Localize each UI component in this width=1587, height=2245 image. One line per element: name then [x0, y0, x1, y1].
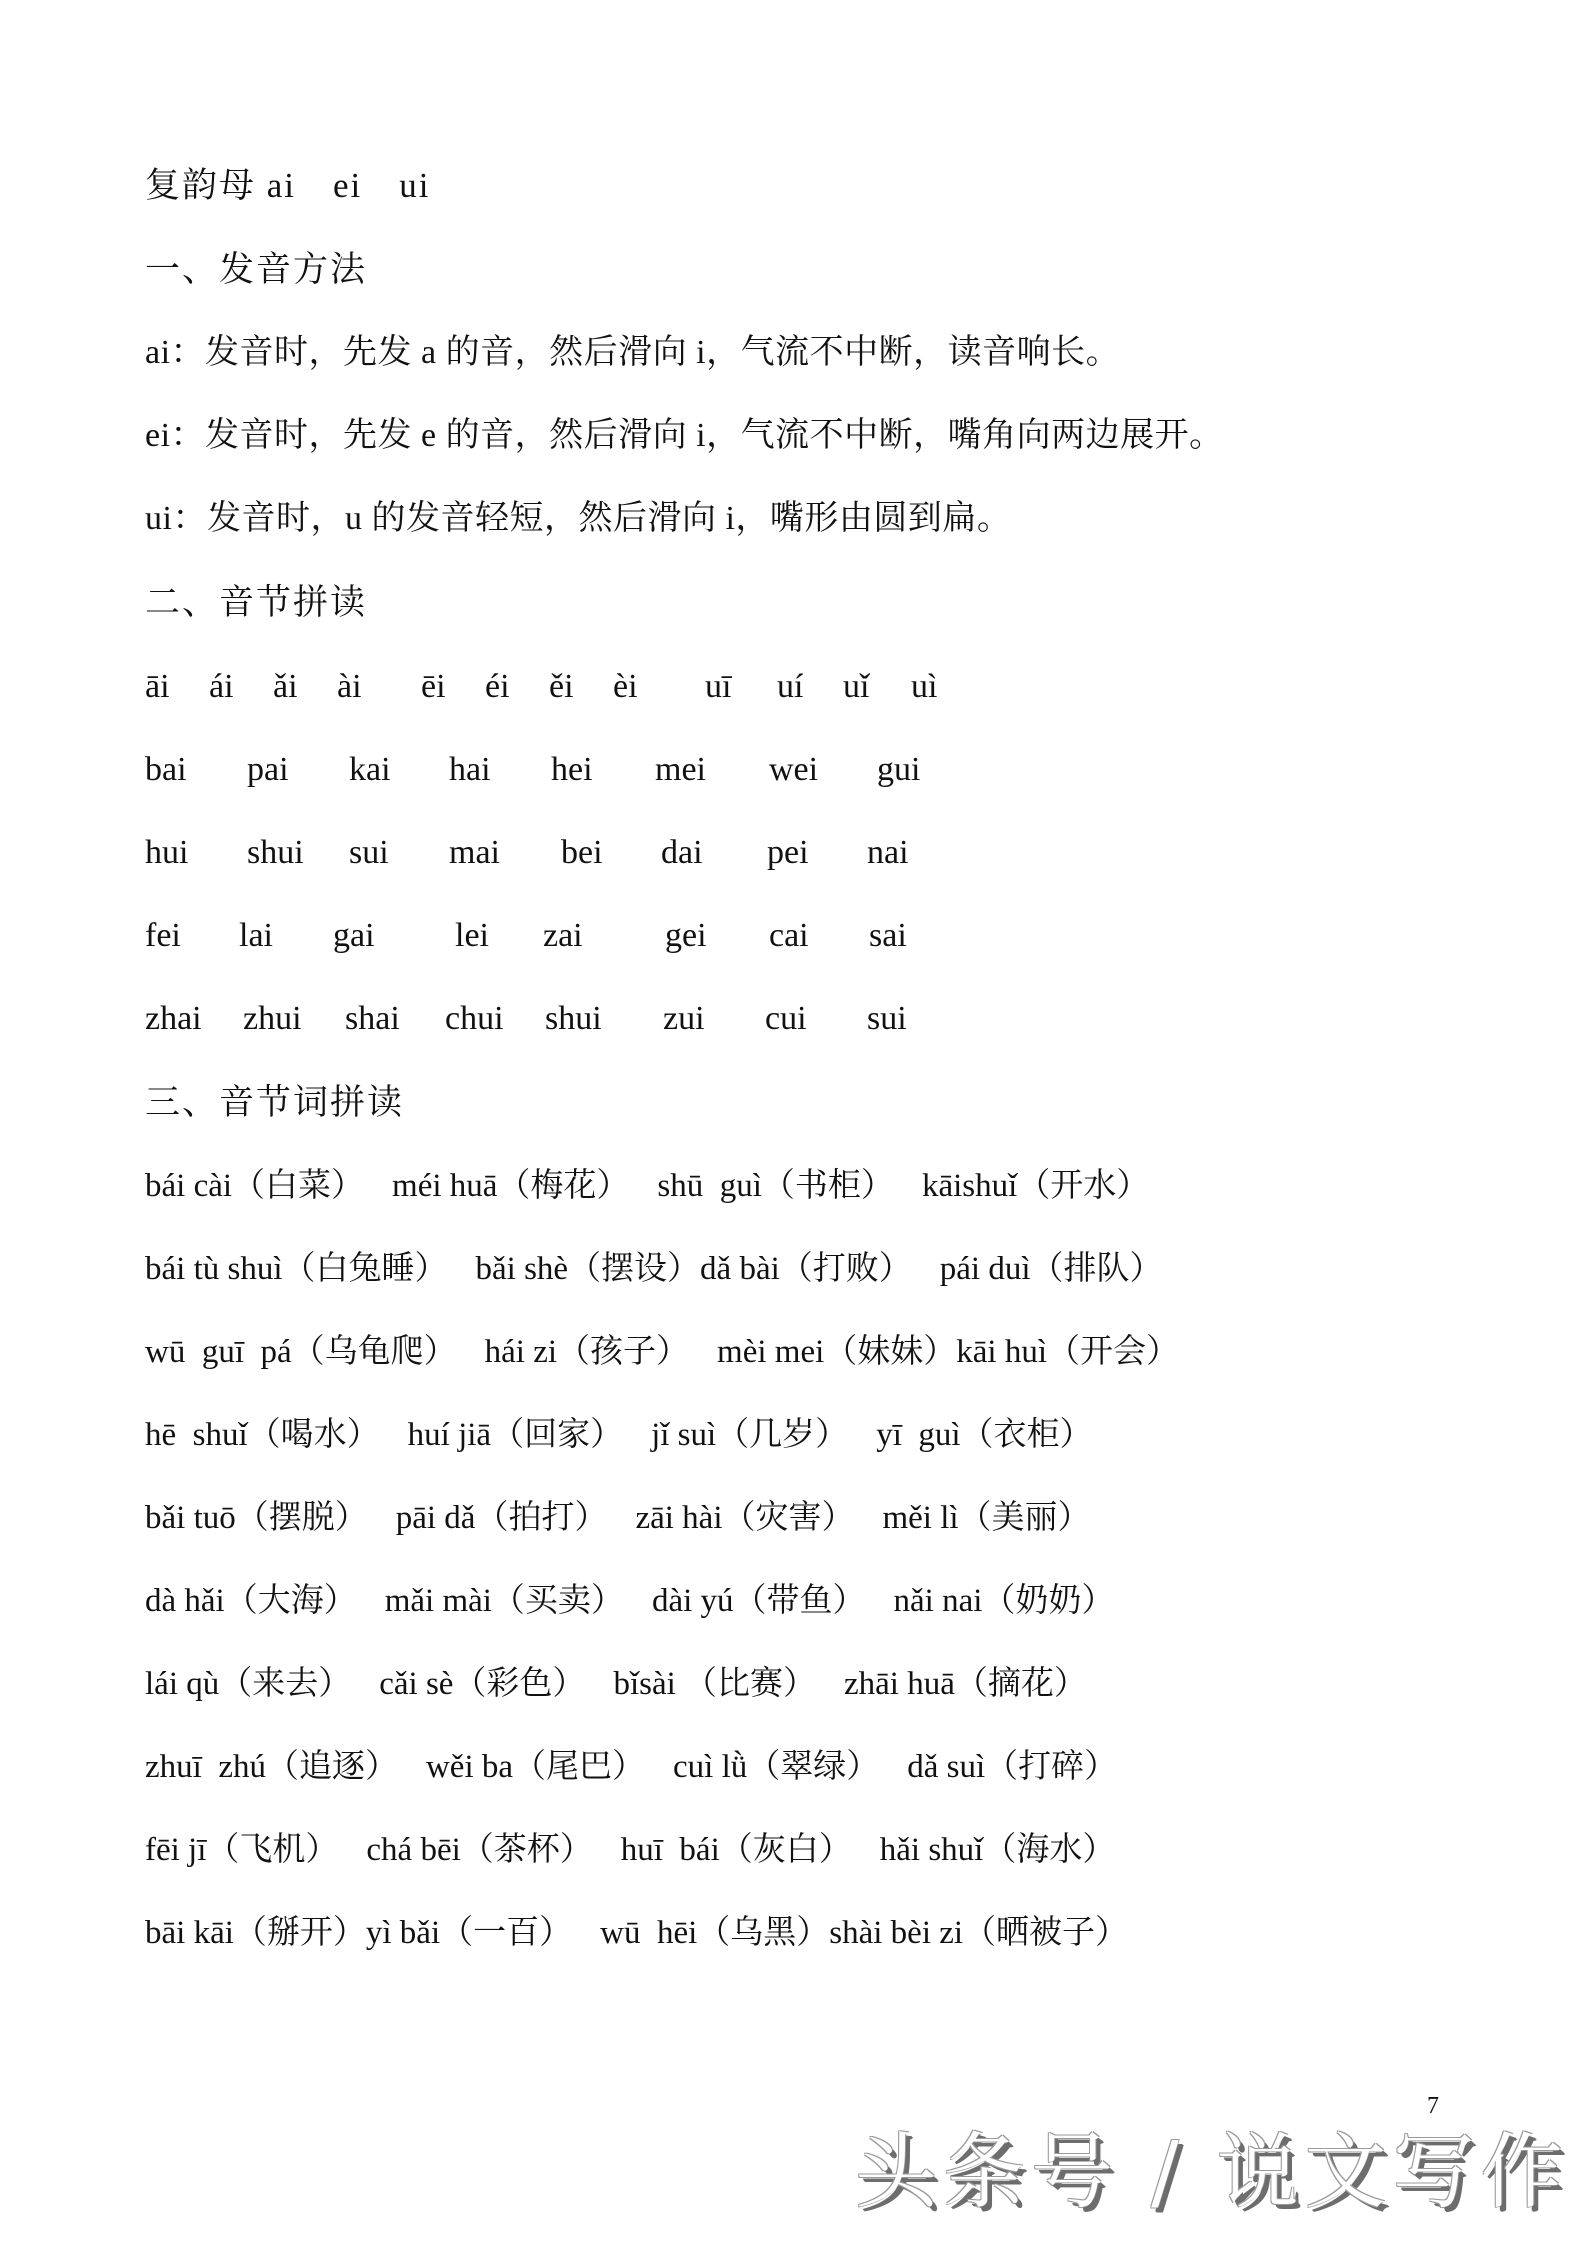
syllable: zui [663, 999, 705, 1039]
syllable: zhui [243, 999, 302, 1039]
tone-syllable: èi [613, 667, 638, 707]
syllable: kai [349, 750, 391, 790]
pronunciation-ei: ei：发音时，先发 e 的音，然后滑向 i，气流不中断，嘴角向两边展开。 [145, 416, 1224, 456]
syllable: pai [247, 750, 289, 790]
tone-syllable: ǎi [273, 667, 298, 707]
word-item: mèi mei（妹妹）kāi huì（开会） [717, 1334, 1179, 1370]
word-line: zhuī zhú（追逐）wěi ba（尾巴）cuì lǜ（翠绿）dǎ suì（打… [145, 1747, 1145, 1787]
word-item: lái qù（来去） [145, 1666, 351, 1702]
word-item: wěi ba（尾巴） [426, 1749, 645, 1785]
word-item: méi huā（梅花） [392, 1168, 629, 1204]
word-item: shū guì（书柜） [657, 1168, 894, 1204]
word-line: dà hǎi（大海）mǎi mài（买卖）dài yú（带鱼）nǎi nai（奶… [145, 1581, 1142, 1621]
word-item: hái zi（孩子） [485, 1334, 689, 1370]
word-item: jǐ suì（几岁） [651, 1417, 848, 1453]
syllable: mai [449, 833, 500, 873]
syllable: sui [867, 999, 907, 1039]
word-item: dà hǎi（大海） [145, 1583, 357, 1619]
word-item: dǎ suì（打碎） [907, 1749, 1117, 1785]
syllable: sai [869, 916, 907, 956]
word-item: bǎi tuō（摆脱） [145, 1500, 368, 1536]
syllable: hui [145, 833, 188, 873]
syllable: lei [455, 916, 489, 956]
word-item: yī guì（衣柜） [876, 1417, 1092, 1453]
word-item: bái cài（白菜） [145, 1168, 364, 1204]
word-item: nǎi nai（奶奶） [894, 1583, 1115, 1619]
syllable: shui [247, 833, 304, 873]
tone-syllable: ài [337, 667, 362, 707]
syllable: bei [561, 833, 603, 873]
word-item: bǐsài （比赛） [613, 1666, 816, 1702]
pronunciation-ai: ai：发音时，先发 a 的音，然后滑向 i，气流不中断，读音响长。 [145, 333, 1120, 373]
tone-syllable: éi [485, 667, 510, 707]
word-item: bái tù shuì（白兔睡） [145, 1251, 448, 1287]
word-item: wū guī pá（乌龟爬） [145, 1334, 457, 1370]
tone-syllable: uǐ [843, 667, 869, 707]
section-heading-pronunciation: 一、发音方法 [145, 250, 367, 290]
tone-syllable: ái [209, 667, 234, 707]
tone-syllable: āi [145, 667, 170, 707]
word-item: bǎi shè（摆设）dǎ bài（打败） [476, 1251, 912, 1287]
word-item: bāi kāi（掰开）yì bǎi（一百） [145, 1915, 572, 1951]
word-item: huī bái（灰白） [621, 1832, 852, 1868]
syllable: hei [551, 750, 593, 790]
word-item: pái duì（排队） [940, 1251, 1163, 1287]
word-item: zhuī zhú（追逐） [145, 1749, 398, 1785]
syllable: bai [145, 750, 187, 790]
word-line: hē shuǐ（喝水）huí jiā（回家）jǐ suì（几岁）yī guì（衣… [145, 1415, 1121, 1455]
syllable: dai [661, 833, 703, 873]
word-item: kāishuǐ（开水） [922, 1168, 1149, 1204]
word-item: chá bēi（茶杯） [366, 1832, 592, 1868]
syllable: zhai [145, 999, 202, 1039]
section-heading-syllables: 二、音节拼读 [145, 583, 367, 623]
word-line: lái qù（来去）cǎi sè（彩色）bǐsài （比赛）zhāi huā（摘… [145, 1664, 1115, 1704]
syllable: lai [239, 916, 273, 956]
word-item: dài yú（带鱼） [652, 1583, 866, 1619]
syllable: gai [333, 916, 375, 956]
word-line: wū guī pá（乌龟爬）hái zi（孩子）mèi mei（妹妹）kāi h… [145, 1332, 1207, 1372]
syllable: wei [769, 750, 818, 790]
word-item: fēi jī（飞机） [145, 1832, 338, 1868]
section-heading-words: 三、音节词拼读 [145, 1083, 404, 1123]
pronunciation-ui: ui：发音时，u 的发音轻短，然后滑向 i，嘴形由圆到扁。 [145, 499, 1011, 539]
tone-syllable: uì [911, 667, 937, 707]
syllable: sui [349, 833, 389, 873]
syllable: chui [445, 999, 504, 1039]
tone-syllable: uī [705, 667, 731, 707]
watermark-text: 头条号 / 说文写作 [855, 2125, 1569, 2221]
word-line: bǎi tuō（摆脱）pāi dǎ（拍打）zāi hài（灾害）měi lì（美… [145, 1498, 1119, 1538]
word-item: hǎi shuǐ（海水） [880, 1832, 1116, 1868]
page-number: 7 [1427, 2092, 1439, 2120]
word-item: pāi dǎ（拍打） [396, 1500, 608, 1536]
document-page: 复韵母 ai ei ui 一、发音方法 ai：发音时，先发 a 的音，然后滑向 … [0, 0, 1587, 2245]
syllable: shui [545, 999, 602, 1039]
word-line: bái tù shuì（白兔睡）bǎi shè（摆设）dǎ bài（打败）pái… [145, 1249, 1191, 1289]
syllable: zai [543, 916, 583, 956]
word-item: wū hēi（乌黑）shài bèi zi（晒被子） [600, 1915, 1128, 1951]
word-item: cuì lǜ（翠绿） [673, 1749, 879, 1785]
tone-syllable: ěi [549, 667, 574, 707]
syllable: shai [345, 999, 400, 1039]
syllable: mei [655, 750, 706, 790]
syllable: nai [867, 833, 909, 873]
word-item: měi lì（美丽） [882, 1500, 1090, 1536]
word-line: bāi kāi（掰开）yì bǎi（一百）wū hēi（乌黑）shài bèi … [145, 1913, 1156, 1953]
word-line: bái cài（白菜）méi huā（梅花）shū guì（书柜）kāishuǐ… [145, 1166, 1177, 1206]
tone-syllable: uí [777, 667, 803, 707]
word-item: zāi hài（灾害） [635, 1500, 854, 1536]
syllable: cui [765, 999, 807, 1039]
word-item: cǎi sè（彩色） [379, 1666, 585, 1702]
syllable: cai [769, 916, 809, 956]
syllable: fei [145, 916, 181, 956]
syllable: gui [877, 750, 920, 790]
syllable: gei [665, 916, 707, 956]
syllable: pei [767, 833, 809, 873]
word-line: fēi jī（飞机）chá bēi（茶杯）huī bái（灰白）hǎi shuǐ… [145, 1830, 1143, 1870]
word-item: hē shuǐ（喝水） [145, 1417, 380, 1453]
word-item: mǎi mài（买卖） [385, 1583, 624, 1619]
syllable: hai [449, 750, 491, 790]
word-item: huí jiā（回家） [408, 1417, 623, 1453]
page-title: 复韵母 ai ei ui [145, 166, 431, 206]
word-item: zhāi huā（摘花） [844, 1666, 1087, 1702]
tone-syllable: ēi [421, 667, 446, 707]
